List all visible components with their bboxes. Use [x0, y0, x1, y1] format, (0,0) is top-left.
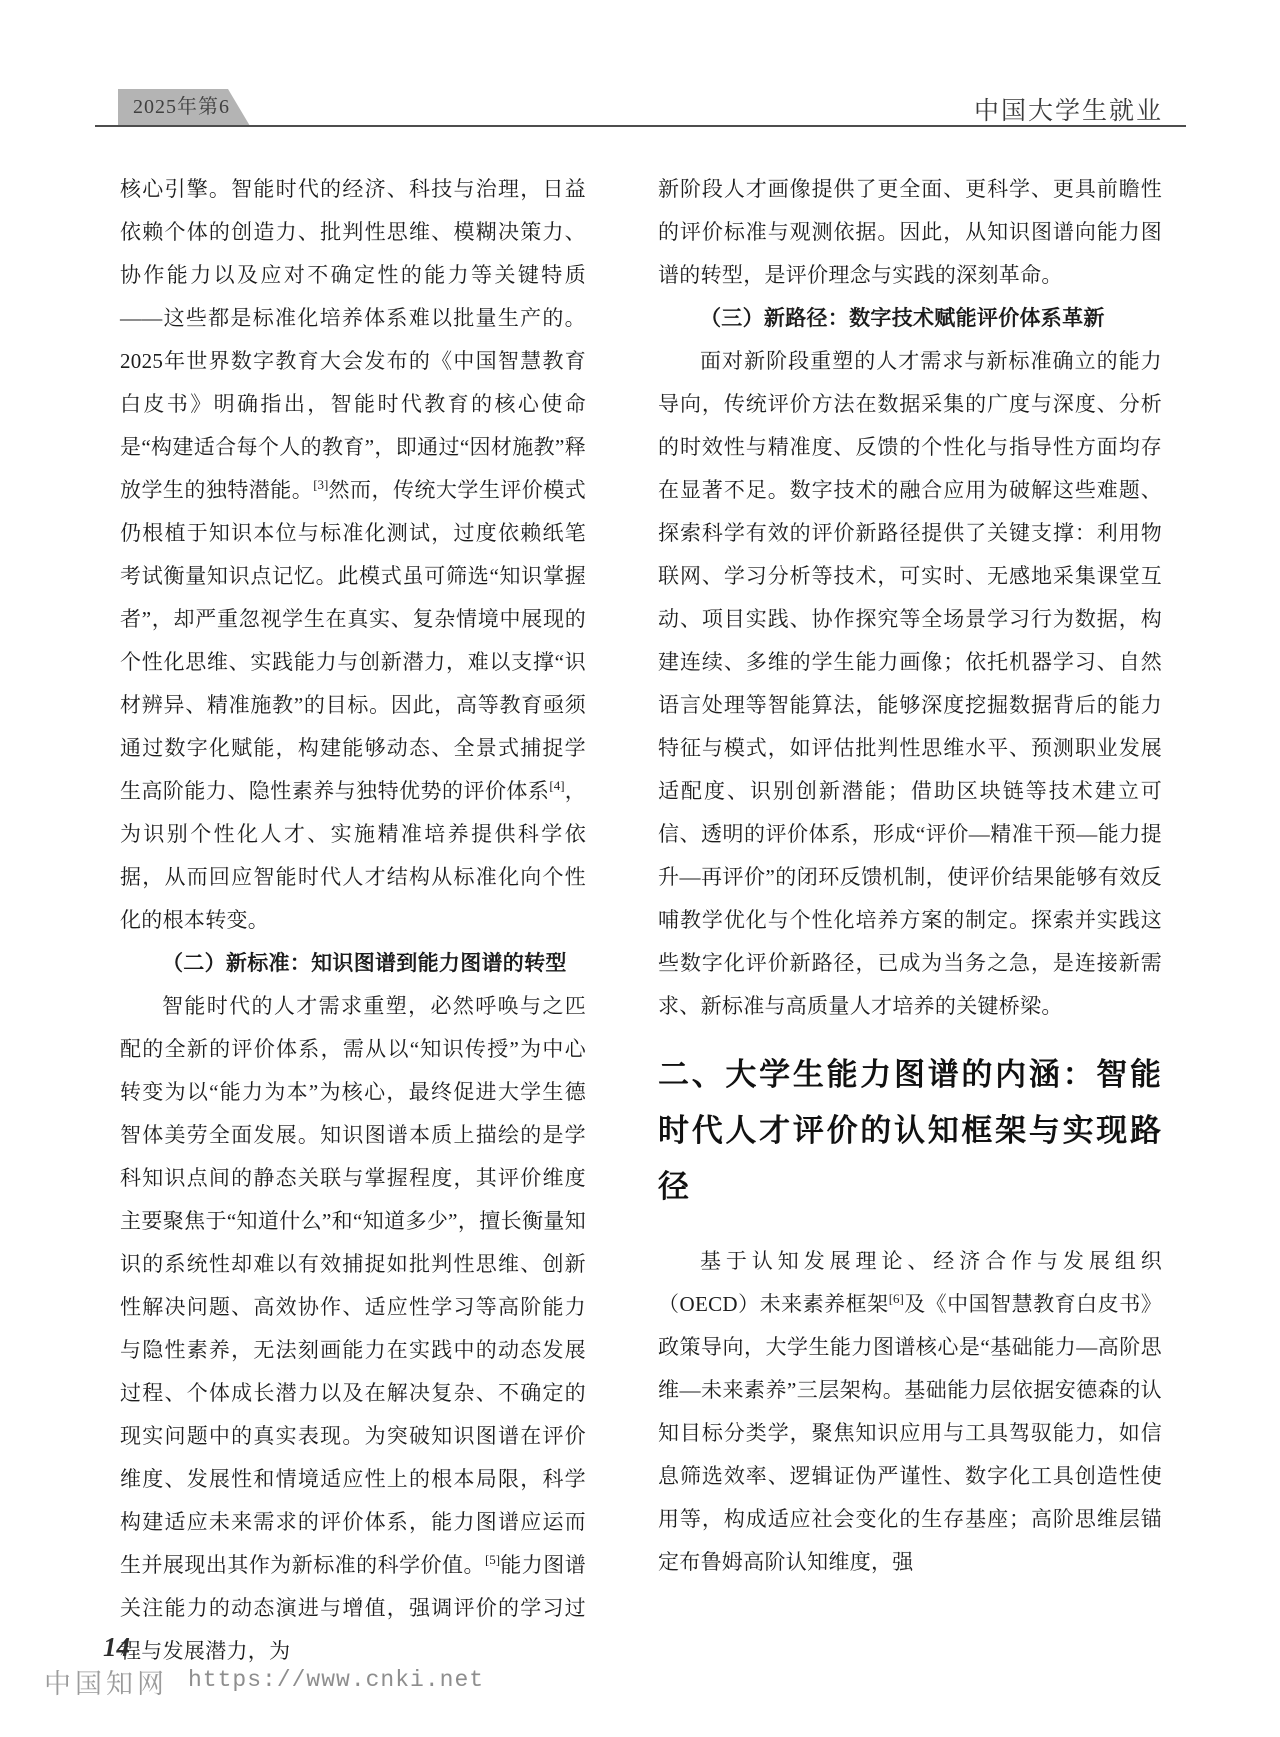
- column-left: 核心引擎。智能时代的经济、科技与治理，日益依赖个体的创造力、批判性思维、模糊决策…: [120, 168, 586, 1673]
- subheading: （三）新路径：数字技术赋能评价体系革新: [658, 297, 1162, 340]
- para: 新阶段人才画像提供了更全面、更科学、更具前瞻性的评价标准与观测依据。因此，从知识…: [658, 168, 1162, 297]
- para: 基于认知发展理论、经济合作与发展组织（OECD）未来素养框架[6]及《中国智慧教…: [658, 1240, 1162, 1584]
- article-body: 核心引擎。智能时代的经济、科技与治理，日益依赖个体的创造力、批判性思维、模糊决策…: [120, 168, 1162, 1673]
- footnote-ref: [5]: [485, 1552, 500, 1567]
- page-number: 14: [103, 1632, 130, 1663]
- issue-badge: 2025年第6期: [118, 89, 250, 126]
- journal-page: 2025年第6期 中国大学生就业 核心引擎。智能时代的经济、科技与治理，日益依赖…: [0, 0, 1280, 1737]
- footnote-ref: [6]: [889, 1291, 904, 1306]
- journal-title: 中国大学生就业: [974, 91, 1163, 127]
- para: 核心引擎。智能时代的经济、科技与治理，日益依赖个体的创造力、批判性思维、模糊决策…: [120, 168, 586, 942]
- footnote-ref: [4]: [549, 778, 564, 793]
- cnki-watermark: 中国知网: [44, 1662, 168, 1701]
- para: 智能时代的人才需求重塑，必然呼唤与之匹配的全新的评价体系，需从以“知识传授”为中…: [120, 985, 586, 1673]
- header-rule: [95, 125, 1186, 127]
- section-heading: 二、大学生能力图谱的内涵：智能时代人才评价的认知框架与实现路径: [658, 1047, 1162, 1215]
- cnki-url: https://www.cnki.net: [188, 1667, 484, 1693]
- subheading: （二）新标准：知识图谱到能力图谱的转型: [120, 942, 586, 985]
- column-right: 新阶段人才画像提供了更全面、更科学、更具前瞻性的评价标准与观测依据。因此，从知识…: [658, 168, 1162, 1673]
- footnote-ref: [3]: [313, 477, 328, 492]
- para: 面对新阶段重塑的人才需求与新标准确立的能力导向，传统评价方法在数据采集的广度与深…: [658, 340, 1162, 1028]
